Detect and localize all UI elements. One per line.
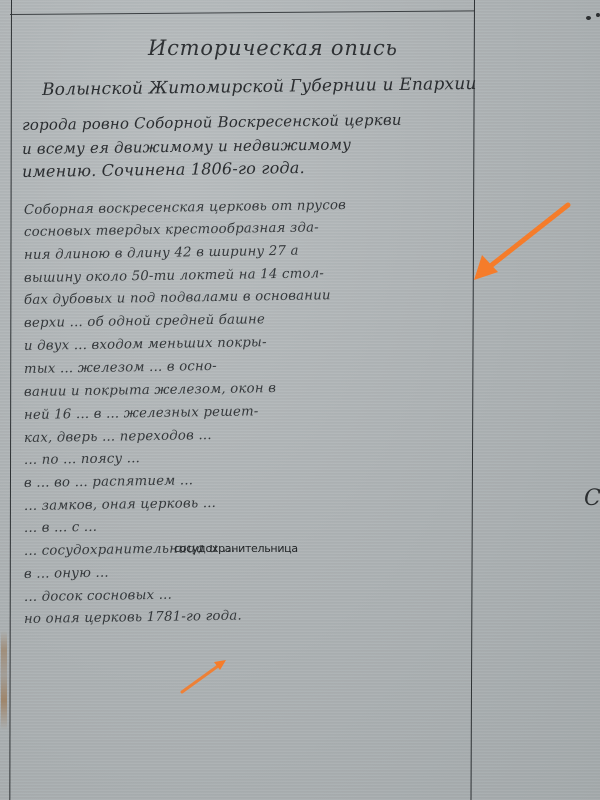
arrow-lower-left-icon [182,660,226,692]
annotation-arrows [0,0,600,800]
manuscript-page: Историческая опись Волынской Житомирской… [0,0,600,800]
arrow-upper-right-icon [474,205,568,280]
